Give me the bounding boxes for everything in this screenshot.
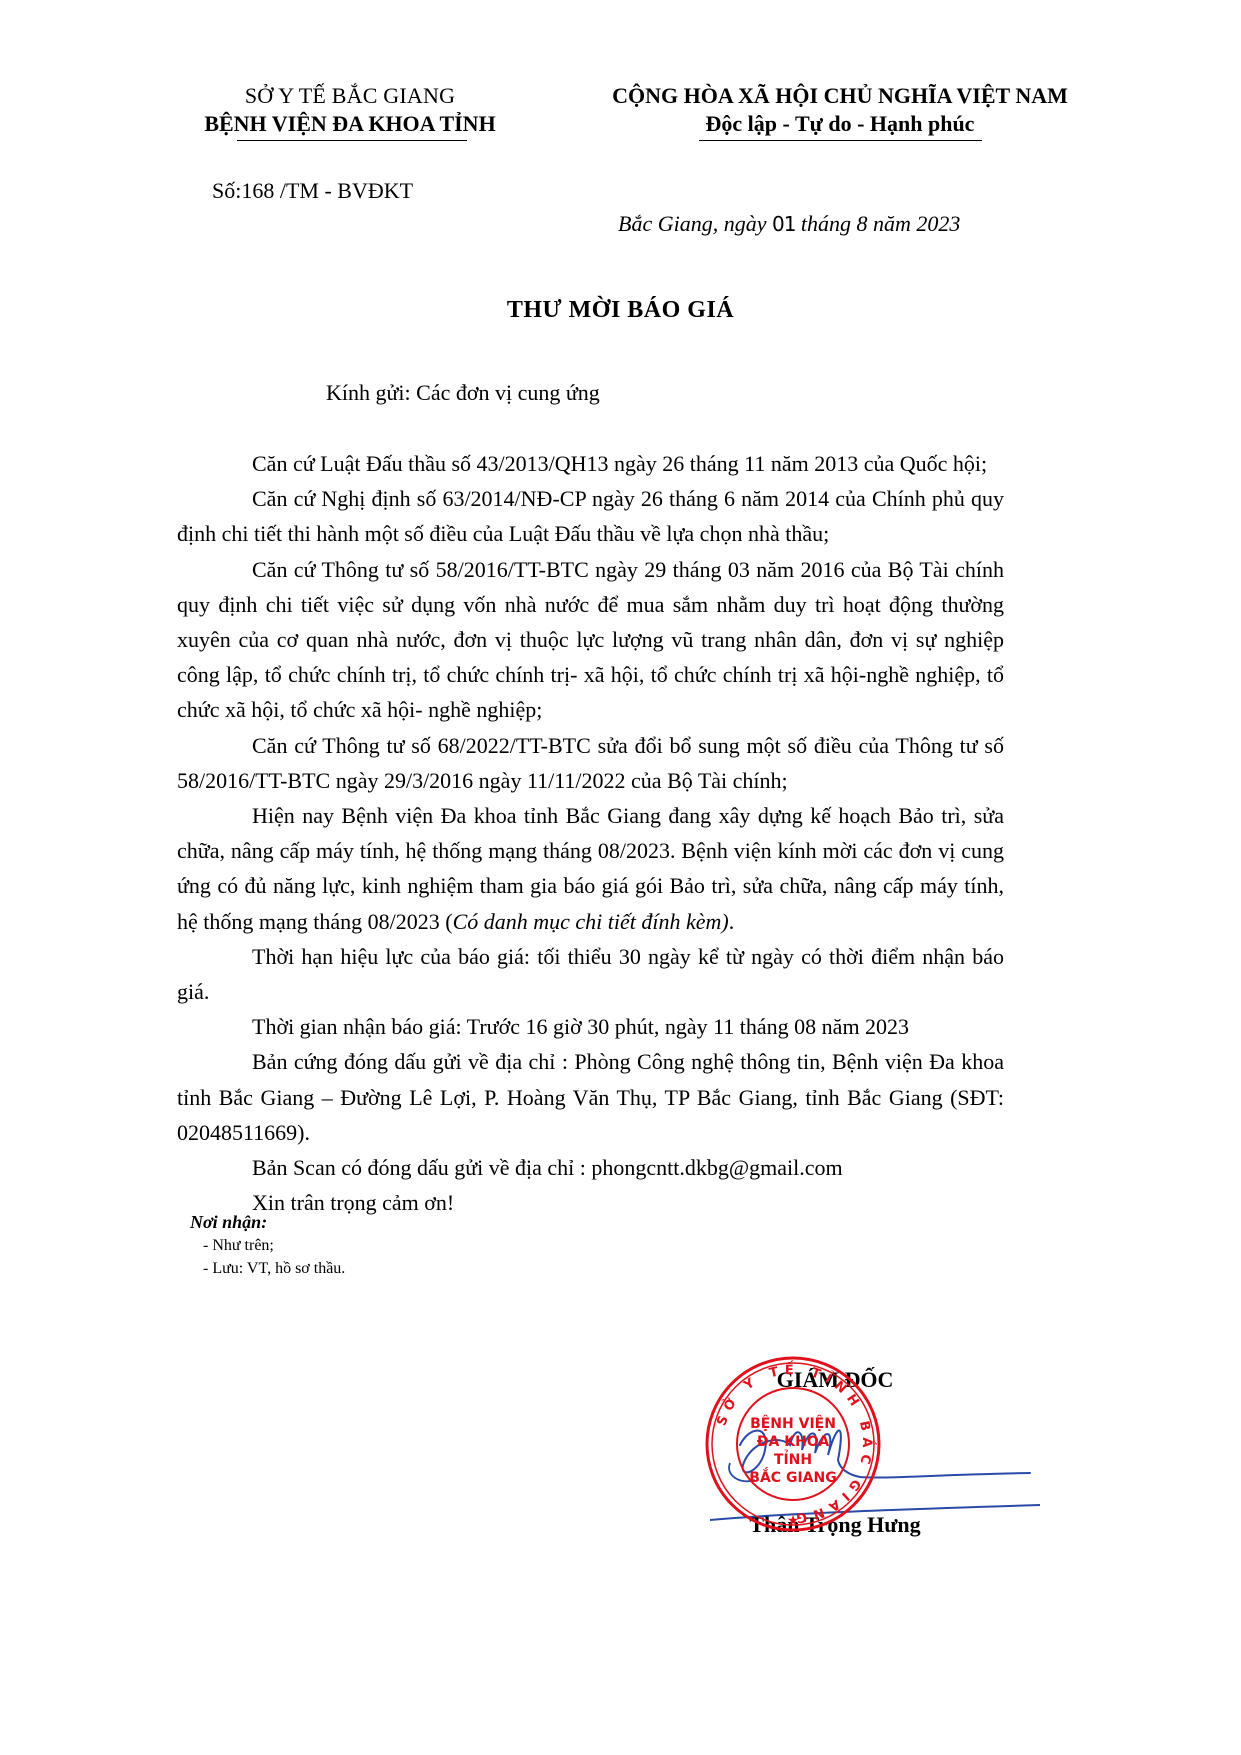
legal-basis-3: Căn cứ Thông tư số 58/2016/TT-BTC ngày 2… xyxy=(177,552,1004,728)
legal-basis-2: Căn cứ Nghị định số 63/2014/NĐ-CP ngày 2… xyxy=(177,481,1004,551)
legal-basis-1: Căn cứ Luật Đấu thầu số 43/2013/QH13 ngà… xyxy=(177,446,1004,481)
legal-basis-4: Căn cứ Thông tư số 68/2022/TT-BTC sửa đổ… xyxy=(177,728,1004,798)
recipient-item: - Như trên; xyxy=(190,1234,490,1257)
seal-line-4: BẮC GIANG xyxy=(749,1467,836,1486)
document-title: THƯ MỜI BÁO GIÁ xyxy=(0,297,1241,324)
issuer-underline xyxy=(237,140,467,141)
issuer-organization: BỆNH VIỆN ĐA KHOA TỈNH xyxy=(150,110,550,138)
issuer-block: SỞ Y TẾ BẮC GIANG BỆNH VIỆN ĐA KHOA TỈNH xyxy=(150,82,550,141)
hardcopy-address-paragraph: Bản cứng đóng dấu gửi về địa chỉ : Phòng… xyxy=(177,1044,1004,1150)
date-suffix: tháng 8 năm 2023 xyxy=(795,211,960,236)
invitation-paragraph: Hiện nay Bệnh viện Đa khoa tỉnh Bắc Gian… xyxy=(177,798,1004,939)
seal-star-icon: ★ xyxy=(787,1513,800,1529)
national-motto: Độc lập - Tự do - Hạnh phúc xyxy=(560,110,1120,138)
motto-underline xyxy=(699,140,982,141)
country-name: CỘNG HÒA XÃ HỘI CHỦ NGHĨA VIỆT NAM xyxy=(560,82,1120,110)
issuer-department: SỞ Y TẾ BẮC GIANG xyxy=(150,82,550,110)
document-number: Số:168 /TM - BVĐKT xyxy=(212,178,413,204)
date-prefix: Bắc Giang, ngày xyxy=(618,211,772,236)
recipients-title: Nơi nhận: xyxy=(190,1210,490,1234)
deadline-paragraph: Thời gian nhận báo giá: Trước 16 giờ 30 … xyxy=(177,1009,1004,1044)
document-date: Bắc Giang, ngày 01 tháng 8 năm 2023 xyxy=(618,211,960,237)
date-day-handwritten: 01 xyxy=(772,212,795,236)
invitation-attachment-note: Có danh mục chi tiết đính kèm) xyxy=(453,909,729,934)
seal-line-1: BỆNH VIỆN xyxy=(750,1414,836,1432)
validity-paragraph: Thời hạn hiệu lực của báo giá: tối thiểu… xyxy=(177,939,1004,1009)
seal-line-2: ĐA KHOA xyxy=(757,1434,830,1450)
salutation: Kính gửi: Các đơn vị cung ứng xyxy=(326,380,600,406)
official-seal: SỞ Y TẾ TỈNH BẮC GIANG BỆNH VIỆN ĐA KHOA… xyxy=(704,1355,882,1533)
scan-email-paragraph: Bản Scan có đóng dấu gửi về địa chỉ : ph… xyxy=(177,1150,1004,1185)
seal-line-3: TỈNH xyxy=(774,1449,812,1468)
national-heading: CỘNG HÒA XÃ HỘI CHỦ NGHĨA VIỆT NAM Độc l… xyxy=(560,82,1120,141)
recipients-block: Nơi nhận: - Như trên; - Lưu: VT, hồ sơ t… xyxy=(190,1210,490,1280)
invitation-end: . xyxy=(729,909,735,934)
document-body: Căn cứ Luật Đấu thầu số 43/2013/QH13 ngà… xyxy=(177,446,1004,1220)
recipient-item: - Lưu: VT, hồ sơ thầu. xyxy=(190,1257,490,1280)
